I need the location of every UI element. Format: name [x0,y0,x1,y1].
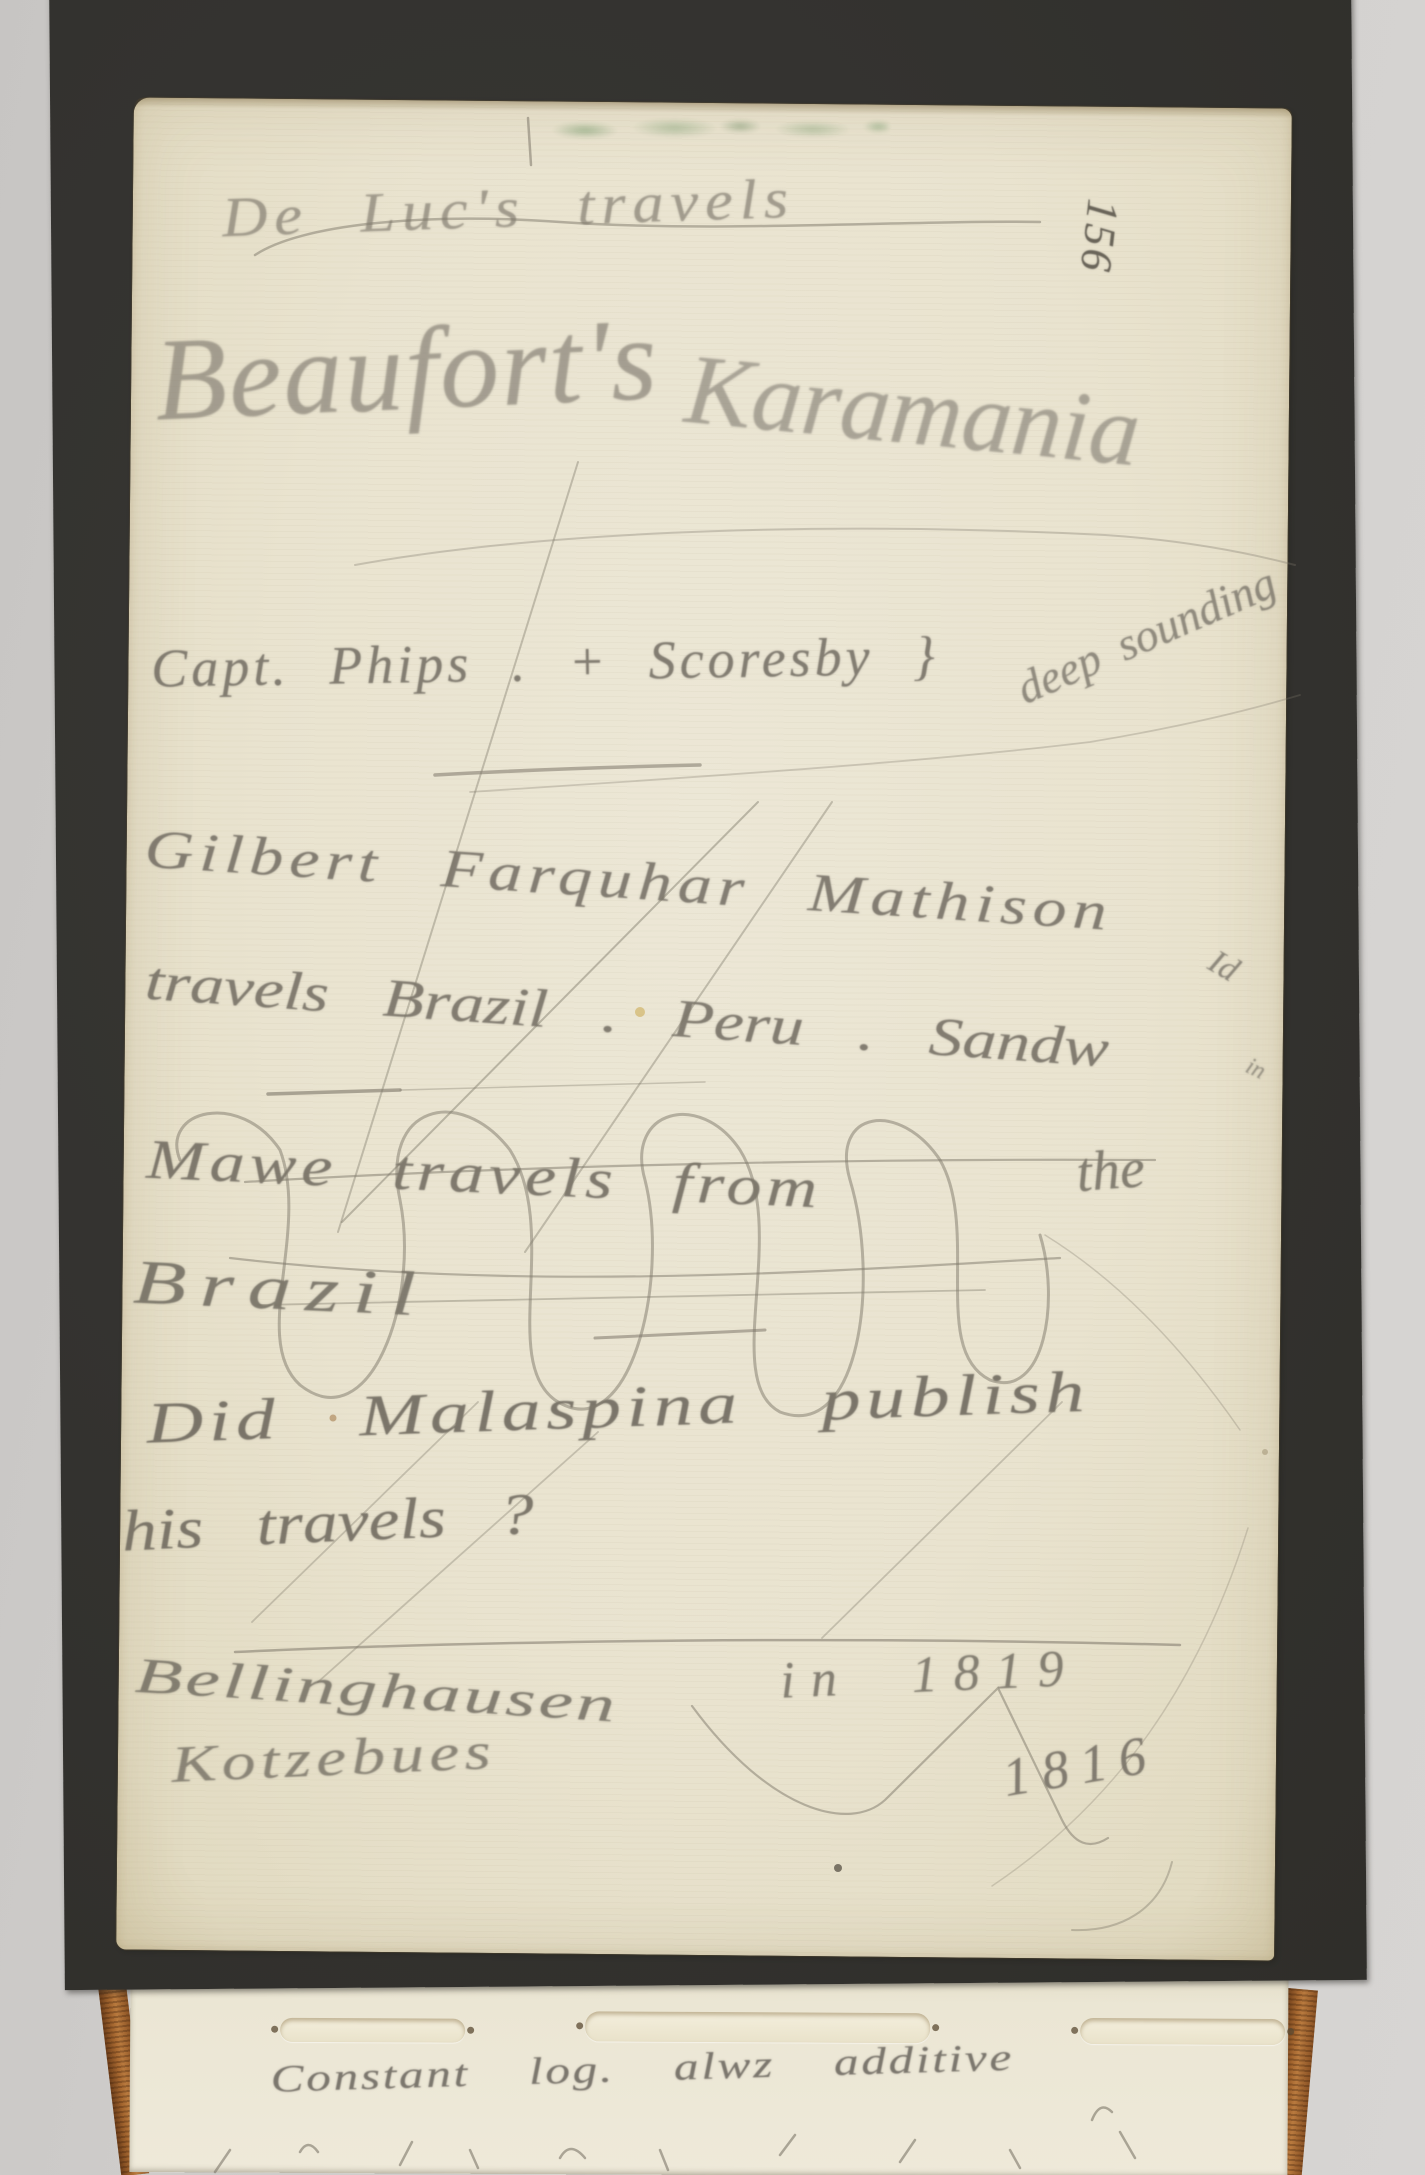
handwriting-malaspina-1: Did Malaspina publish [146,1358,1091,1457]
handwriting-mawe-line: Mawe travels from [145,1128,823,1222]
notebook-page: 156 De Luc's travels Beaufort's Karamani… [116,97,1292,1960]
notebook-photograph: Constant log. alwz additive 156 De Luc's… [0,0,1425,2175]
handwriting-travels-superscript: Id [1202,943,1246,990]
handwriting-deluc-struck: De Luc's travels [221,167,796,250]
handwriting-mawe-line-end: the [1074,1136,1147,1205]
handwriting-malaspina-2: his travels ? [120,1480,535,1565]
handwriting-deep-sounding: deep sounding [1008,556,1283,715]
handwriting-travels-line: travels Brazil . Peru . Sandw [143,950,1111,1080]
handwriting-kotzebue: Kotzebues [170,1722,497,1795]
library-stamp [543,101,888,150]
handwriting-bellinghausen: Bellinghausen [133,1646,619,1734]
handwriting-karamania: Karamania [681,331,1146,490]
handwriting-capt-line: Capt. Phips . + Scoresby } [151,625,939,700]
binding-stitch-slot [280,2018,465,2043]
handwriting-brazil: Brazil [132,1248,431,1332]
handwriting-travels-small-note: in [1241,1053,1269,1085]
handwriting-in-1819: in 1819 [779,1639,1081,1711]
handwriting-beauforts: Beaufort's [152,291,661,448]
handwriting-1816: 1816 [998,1722,1162,1809]
binding-stitch-slot [585,2011,930,2043]
binding-stitch-slot [1080,2018,1285,2045]
handwriting-gilbert-line: Gilbert Farquhar Mathison [143,818,1115,943]
handwriting-constant-log: Constant log. alwz additive [270,2036,1014,2102]
folio-number: 156 [1057,158,1134,314]
